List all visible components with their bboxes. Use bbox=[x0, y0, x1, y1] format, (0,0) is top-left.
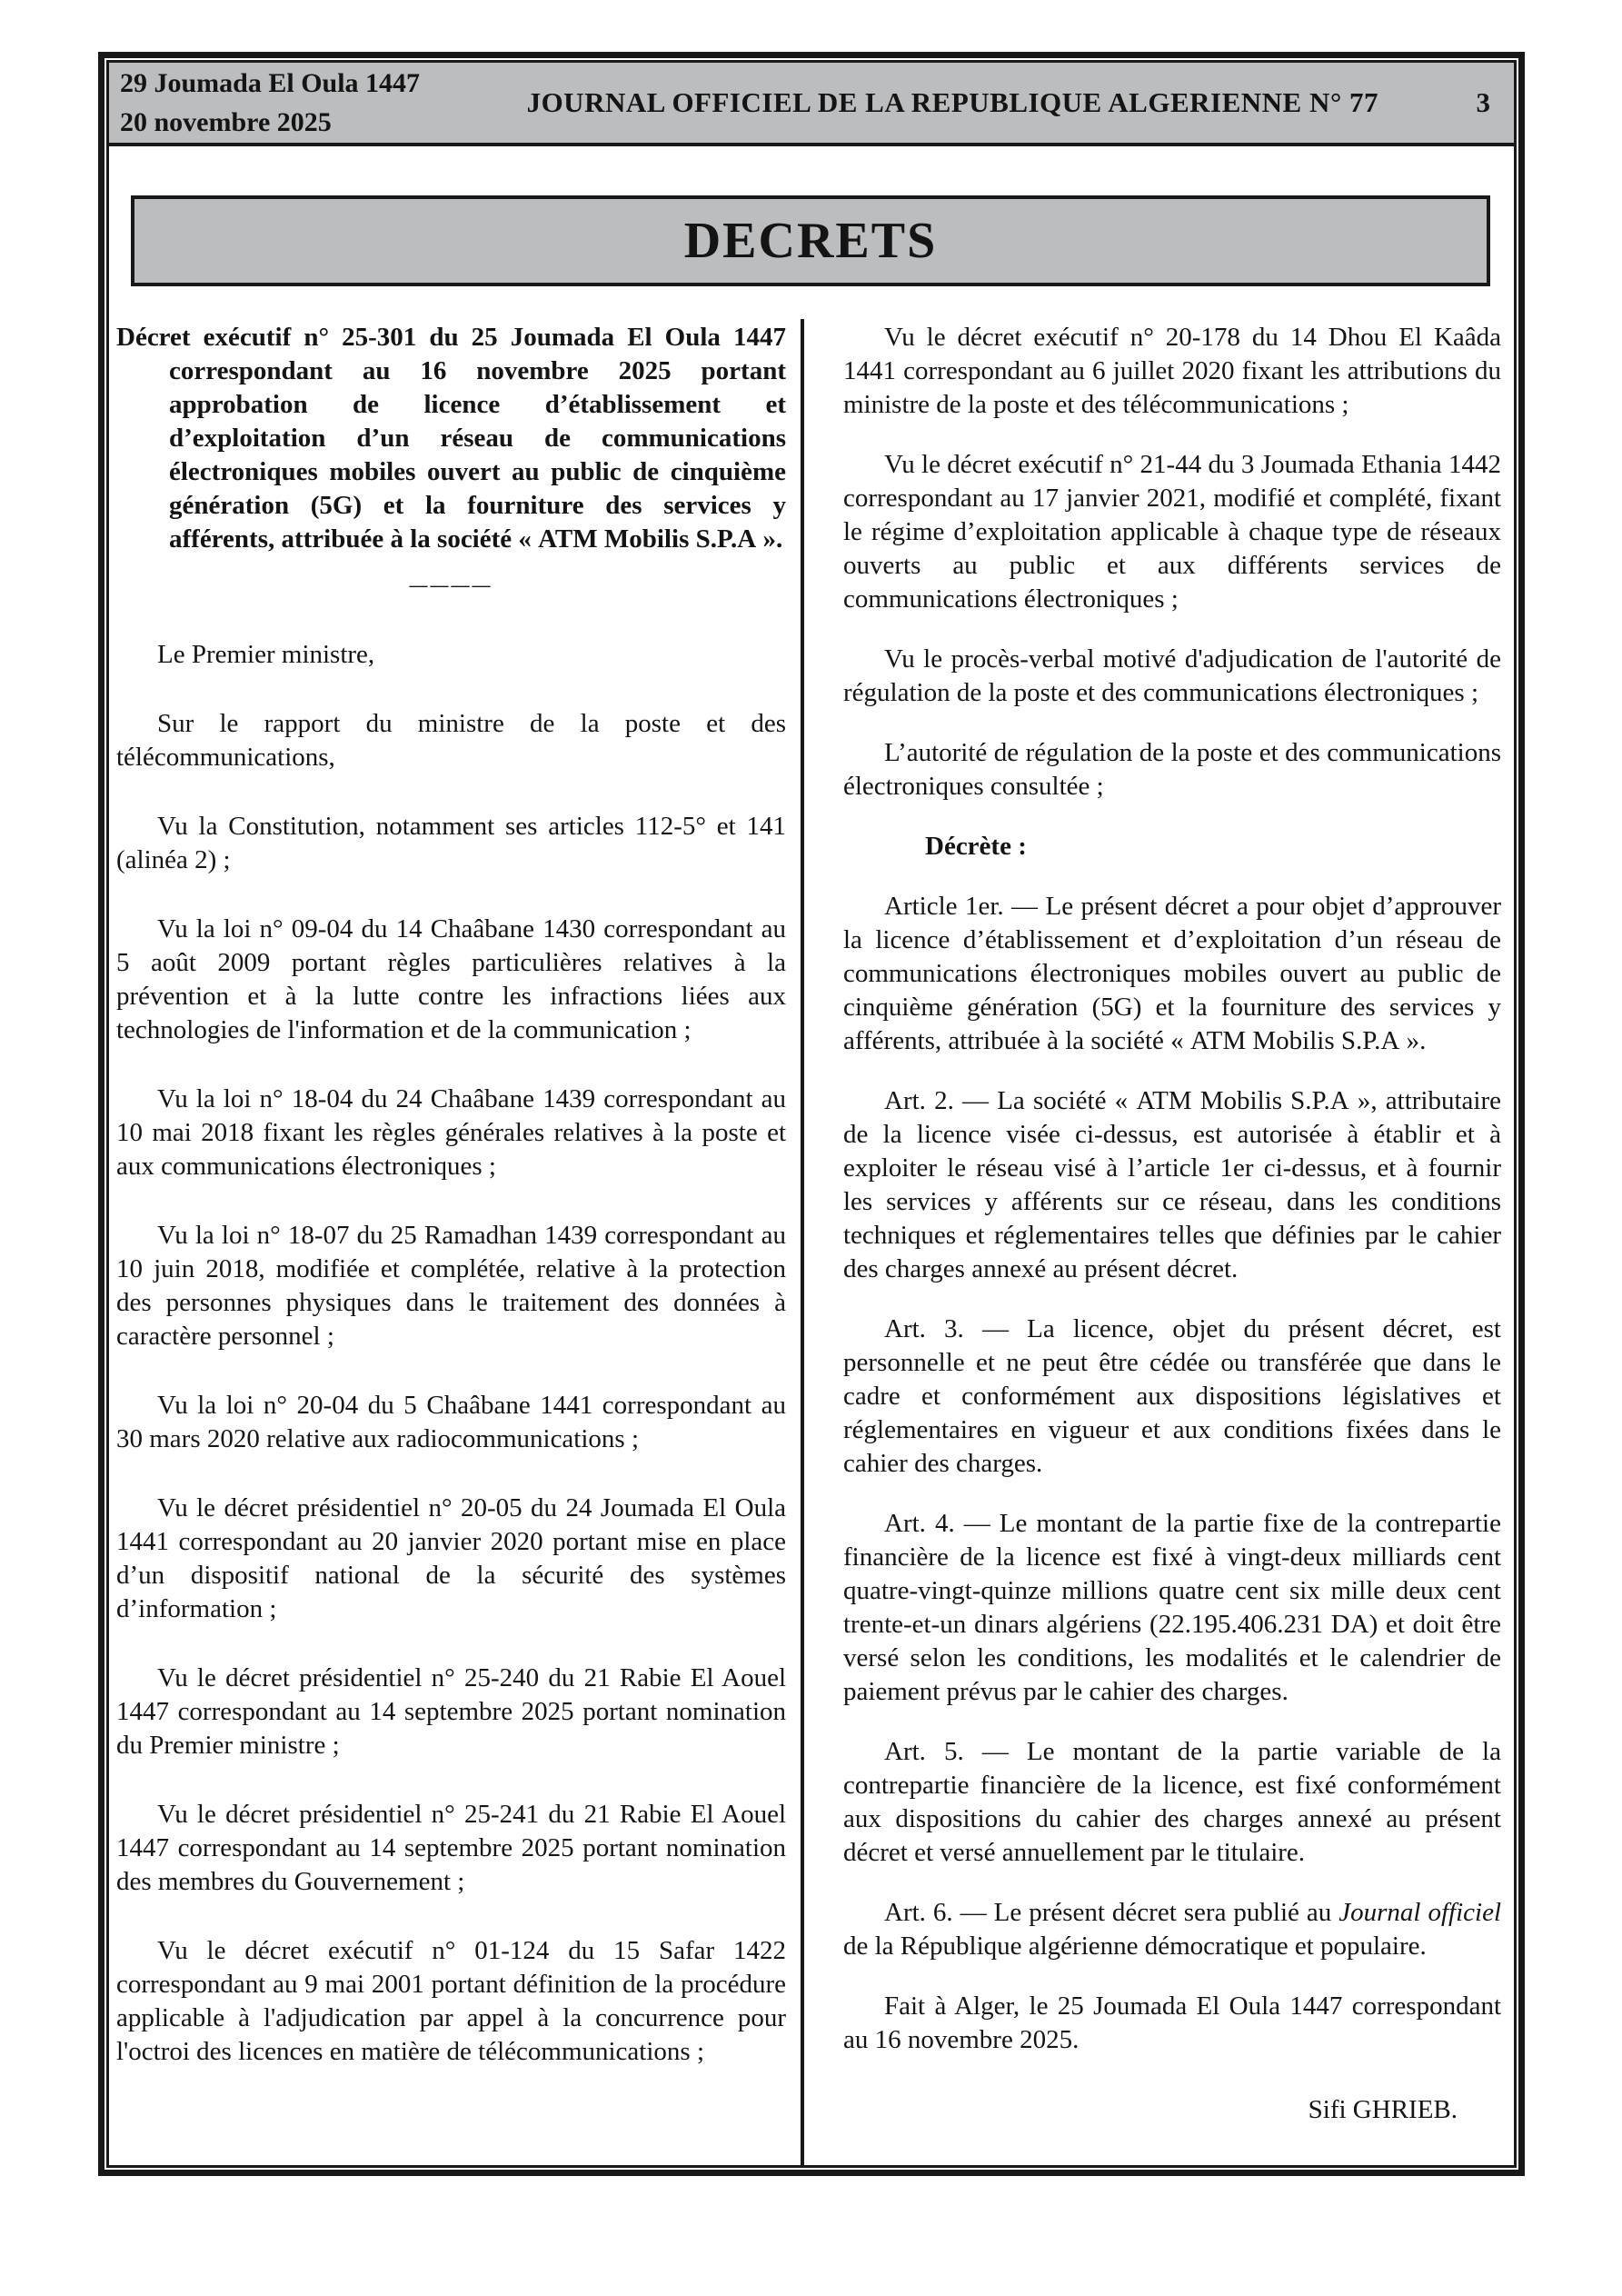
signature: Sifi GHRIEB. bbox=[843, 2093, 1501, 2127]
page-inner-border: 29 Joumada El Oula 1447 20 novembre 2025… bbox=[106, 60, 1517, 2168]
paragraph: Vu le décret exécutif n° 01-124 du 15 Sa… bbox=[116, 1934, 786, 2069]
paragraph: Sur le rapport du ministre de la poste e… bbox=[116, 707, 786, 774]
paragraph: Vu le décret présidentiel n° 20-05 du 24… bbox=[116, 1492, 786, 1626]
page-header: 29 Joumada El Oula 1447 20 novembre 2025… bbox=[109, 63, 1514, 146]
article-1: Article 1er. — Le présent décret a pour … bbox=[843, 890, 1501, 1058]
article-2: Art. 2. — La société « ATM Mobilis S.P.A… bbox=[843, 1084, 1501, 1286]
article-3: Art. 3. — La licence, objet du présent d… bbox=[843, 1313, 1501, 1481]
left-column: Décret exécutif n° 25-301 du 25 Joumada … bbox=[109, 319, 786, 2165]
paragraph: Vu le procès-verbal motivé d'adjudicatio… bbox=[843, 643, 1501, 710]
paragraph: Le Premier ministre, bbox=[116, 638, 786, 672]
paragraph: Vu le décret exécutif n° 21-44 du 3 Joum… bbox=[843, 448, 1501, 616]
header-dates: 29 Joumada El Oula 1447 20 novembre 2025 bbox=[120, 64, 420, 142]
paragraph: Vu la Constitution, notamment ses articl… bbox=[116, 810, 786, 877]
paragraph: L’autorité de régulation de la poste et … bbox=[843, 736, 1501, 804]
journal-title: JOURNAL OFFICIEL DE LA REPUBLIQUE ALGERI… bbox=[420, 86, 1448, 119]
place-date: Fait à Alger, le 25 Joumada El Oula 1447… bbox=[843, 1990, 1501, 2057]
article-6: Art. 6. — Le présent décret sera publié … bbox=[843, 1896, 1501, 1963]
dash-separator: ———— bbox=[116, 569, 786, 603]
date-hijri: 29 Joumada El Oula 1447 bbox=[120, 64, 420, 103]
text-columns: Décret exécutif n° 25-301 du 25 Joumada … bbox=[109, 319, 1514, 2165]
section-banner: DECRETS bbox=[131, 195, 1490, 286]
paragraph: Vu le décret présidentiel n° 25-240 du 2… bbox=[116, 1662, 786, 1762]
decree-title: Décret exécutif n° 25-301 du 25 Joumada … bbox=[116, 321, 786, 556]
article-4: Art. 4. — Le montant de la partie fixe d… bbox=[843, 1507, 1501, 1709]
section-banner-title: DECRETS bbox=[684, 212, 938, 270]
paragraph: Vu le décret présidentiel n° 25-241 du 2… bbox=[116, 1798, 786, 1899]
paragraph: Vu la loi n° 09-04 du 14 Chaâbane 1430 c… bbox=[116, 913, 786, 1047]
page-frame: 29 Joumada El Oula 1447 20 novembre 2025… bbox=[98, 52, 1525, 2176]
right-column: Vu le décret exécutif n° 20-178 du 14 Dh… bbox=[804, 319, 1514, 2165]
decrete-heading: Décrète : bbox=[843, 830, 1501, 863]
date-gregorian: 20 novembre 2025 bbox=[120, 103, 420, 142]
article-5: Art. 5. — Le montant de la partie variab… bbox=[843, 1735, 1501, 1870]
paragraph: Vu la loi n° 18-04 du 24 Chaâbane 1439 c… bbox=[116, 1083, 786, 1183]
paragraph: Vu la loi n° 18-07 du 25 Ramadhan 1439 c… bbox=[116, 1219, 786, 1353]
page-number: 3 bbox=[1449, 86, 1491, 119]
paragraph: Vu la loi n° 20-04 du 5 Chaâbane 1441 co… bbox=[116, 1389, 786, 1456]
paragraph: Vu le décret exécutif n° 20-178 du 14 Dh… bbox=[843, 321, 1501, 422]
